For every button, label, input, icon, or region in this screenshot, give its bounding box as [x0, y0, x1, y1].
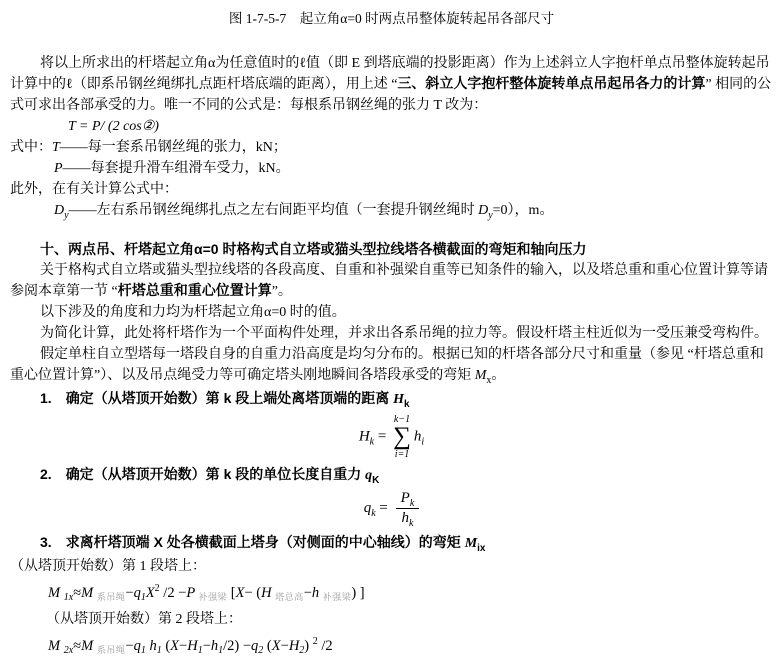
symbol-qK-sub: K	[372, 475, 379, 486]
symbol-Mix: M	[465, 536, 477, 551]
definition-line-T: 式中：T——每一套系吊钢丝绳的张力，kN；	[10, 137, 773, 158]
symbol-Mix-sub: ix	[477, 542, 485, 553]
step-2-heading: 2. 确定（从塔顶开始数）第 k 段的单位长度自重力 qK	[10, 464, 773, 486]
step-3-number: 3.	[40, 534, 52, 550]
def-label: 式中：	[10, 140, 52, 155]
formula-Hk-sum: Hk = k−1∑i=1hi	[10, 414, 773, 460]
step-1-heading: 1. 确定（从塔顶开始数）第 k 段上端处离塔顶端的距离 Hk	[10, 388, 773, 410]
assumption-paragraph: 假定单柱自立型塔每一塔段自身的自重力沿高度是均匀分布的。根据已知的杆塔各部分尺寸…	[10, 344, 773, 386]
about-post: ”。	[272, 284, 292, 299]
step-1-number: 1.	[40, 390, 52, 406]
step-2-text: 确定（从塔顶开始数）第 k 段的单位长度自重力	[66, 466, 365, 482]
formula-tension: T = P/ (2 cos②)	[68, 116, 773, 137]
symbol-Hk: H	[393, 392, 404, 407]
intro-text-bold: 三、斜立人字抱杆整体旋转单点吊起吊各力的计算	[397, 77, 705, 92]
symbol-P: P	[54, 161, 63, 176]
def-text-Dy: 左右系吊钢丝绳绑扎点之左右间距平均值（一套提升钢丝绳时	[97, 203, 479, 218]
intro-paragraph: 将以上所求出的杆塔起立角α为任意值时的ℓ值（即 E 到塔底端的投影距离）作为上述…	[10, 53, 773, 116]
fraction-block: Pkhk	[396, 490, 420, 528]
about-bold: 杆塔总重和重心位置计算	[118, 284, 272, 299]
qk-num: P	[401, 490, 410, 506]
assume-pre: 假定单柱自立型塔每一塔段自身的自重力沿高度是均匀分布的。根据已知的杆塔各部分尺寸…	[10, 347, 764, 383]
qk-den-sub: k	[409, 518, 413, 529]
figure-caption: 图 1-7-5-7 起立角α=0 时两点吊整体旋转起吊各部尺寸	[10, 8, 773, 29]
simplify-paragraph: 为简化计算，此处将杆塔作为一个平面构件处理，并求出各系吊绳的拉力等。假设杆塔主柱…	[10, 323, 773, 344]
hk-equals: =	[374, 428, 390, 444]
step-2-number: 2.	[40, 466, 52, 482]
def-text-P: 每套提升滑车组滑车受力，kN。	[91, 161, 290, 176]
def-dash: ——	[60, 140, 88, 155]
summation-block: k−1∑i=1	[393, 414, 411, 460]
def-text-T: 每一套系吊钢丝绳的张力，kN；	[88, 140, 287, 155]
document-page: 图 1-7-5-7 起立角α=0 时两点吊整体旋转起吊各部尺寸 将以上所求出的杆…	[0, 0, 783, 661]
step-3-heading: 3. 求离杆塔顶端 X 处各横截面上塔身（对侧面的中心轴线）的弯矩 Mix	[10, 532, 773, 554]
def-dash: ——	[63, 161, 91, 176]
definition-line-Dy: Dy——左右系吊钢丝绳绑扎点之左右间距平均值（一套提升钢丝绳时 Dy=0），m。	[10, 200, 773, 221]
step-1-text: 确定（从塔顶开始数）第 k 段上端处离塔顶端的距离	[66, 390, 393, 406]
def-dash: ——	[69, 203, 97, 218]
fraction-numerator: Pk	[396, 490, 420, 509]
symbol-Dy2: D	[478, 203, 488, 218]
symbol-Hk-sub: k	[404, 399, 410, 410]
symbol-T: T	[52, 140, 60, 155]
symbol-Dy: D	[54, 203, 64, 218]
step-3-text: 求离杆塔顶端 X 处各横截面上塔身（对侧面的中心轴线）的弯矩	[66, 534, 465, 550]
def-text-Dy-end: =0），m。	[493, 203, 554, 218]
fraction-denominator: hk	[396, 509, 420, 527]
alpha-note-paragraph: 以下涉及的角度和力均为杆塔起立角α=0 时的值。	[10, 302, 773, 323]
formula-M1x: M 1x≈M 系吊绳−q1X2 /2 −P 补强梁 [X− (H 塔总高−h 补…	[10, 578, 773, 608]
sum-lower-limit: i=1	[395, 449, 410, 460]
about-paragraph: 关于格构式自立塔或猫头型拉线塔的各段高度、自重和补强梁自重等已知条件的输入，以及…	[10, 260, 773, 302]
formula-qk-fraction: qk = Pkhk	[10, 490, 773, 528]
assume-post: 。	[491, 368, 505, 383]
additional-note: 此外，在有关计算公式中：	[10, 179, 773, 200]
qk-equals: =	[376, 500, 392, 516]
definition-line-P: P——每套提升滑车组滑车受力，kN。	[10, 158, 773, 179]
segment-2-label: （从塔顶开始数）第 2 段塔上：	[10, 609, 773, 630]
sigma-symbol: ∑	[393, 425, 411, 449]
qk-den: h	[401, 510, 409, 526]
symbol-Mx: M	[475, 368, 487, 383]
hk-rhs-sub: i	[421, 436, 424, 447]
qk-num-sub: k	[410, 498, 414, 509]
formula-M2x: M 2x≈M 系吊绳−q1 h1 (X−H1−h1/2) −q2 (X−H2) …	[10, 631, 773, 661]
section-10-heading: 十、两点吊、杆塔起立角α=0 时格构式自立塔或猫头型拉线塔各横截面的弯矩和轴向压…	[10, 239, 773, 260]
segment-1-label: （从塔顶开始数）第 1 段塔上：	[10, 556, 773, 577]
hk-lhs: H	[359, 428, 370, 444]
